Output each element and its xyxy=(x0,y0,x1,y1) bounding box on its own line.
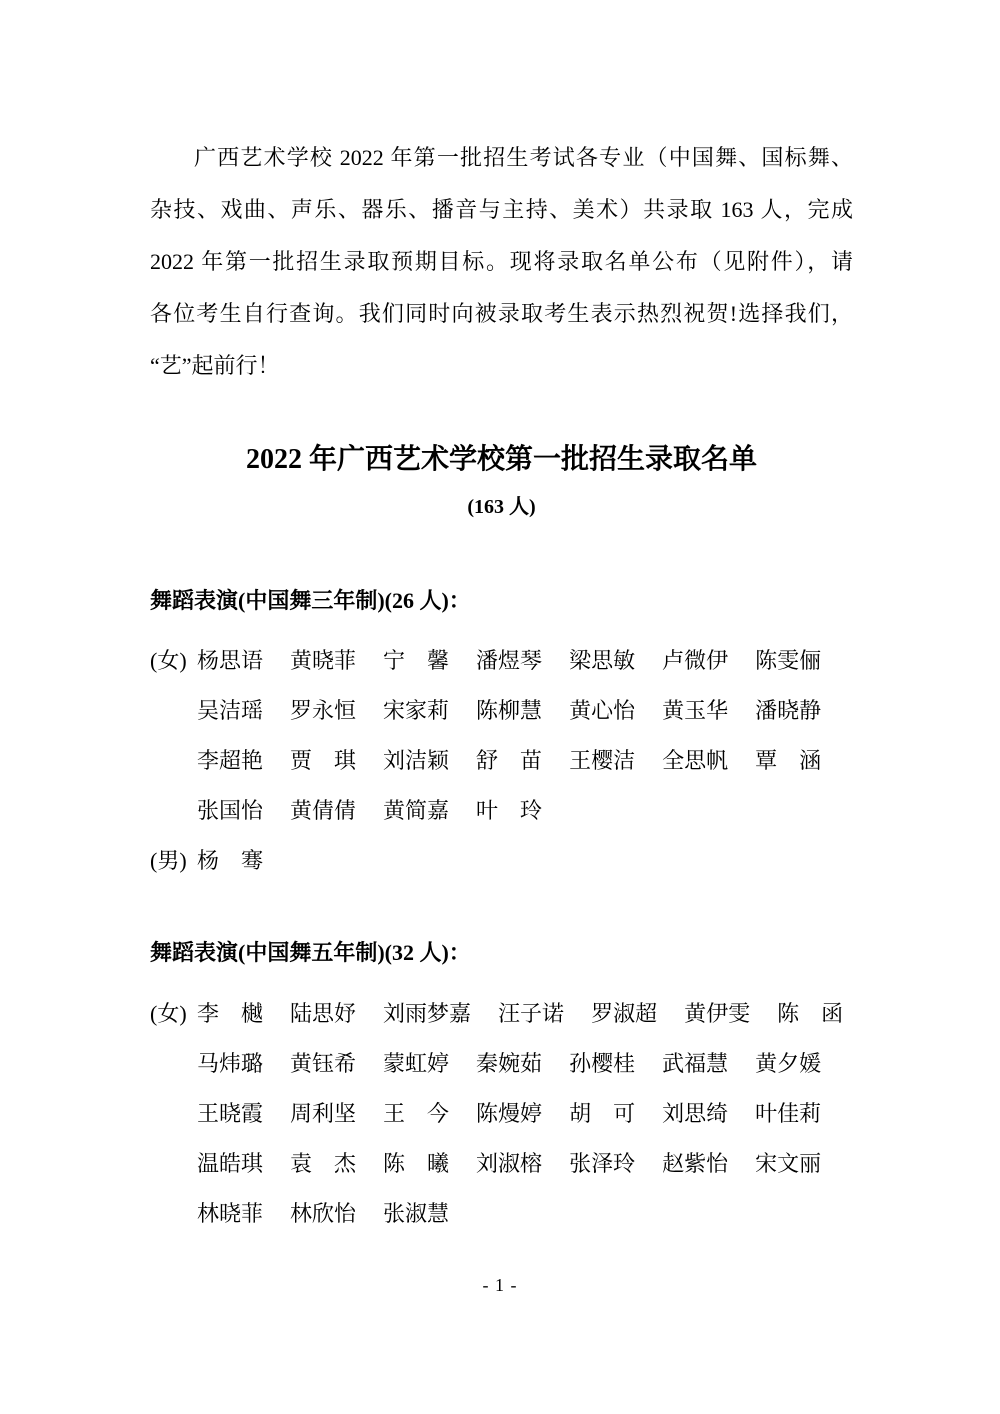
student-name: 赵紫怡 xyxy=(662,1139,728,1189)
student-name: 陆思妤 xyxy=(290,989,356,1039)
student-name: 陈熳婷 xyxy=(476,1089,542,1139)
student-name: 黄钰希 xyxy=(290,1039,356,1089)
student-name: 潘煜琴 xyxy=(476,636,542,686)
student-name: 叶佳莉 xyxy=(755,1089,821,1139)
student-name: 陈 曦 xyxy=(383,1139,449,1189)
intro-line: 2022 年第一批招生录取预期目标。现将录取名单公布（见附件），请 xyxy=(150,236,853,288)
student-name: 林晓菲 xyxy=(197,1189,263,1239)
name-row: (男)杨 骞 xyxy=(150,836,853,886)
student-name: 王 今 xyxy=(383,1089,449,1139)
student-name: 黄伊雯 xyxy=(684,989,750,1039)
student-name: 汪子诺 xyxy=(498,989,564,1039)
name-row: 吴洁瑶罗永恒宋家莉陈柳慧黄心怡黄玉华潘晓静 xyxy=(150,686,853,736)
student-name: 潘晓静 xyxy=(755,686,821,736)
student-name: 李超艳 xyxy=(197,736,263,786)
student-name: 全思帆 xyxy=(662,736,728,786)
student-name: 罗淑超 xyxy=(591,989,657,1039)
student-name: 周利坚 xyxy=(290,1089,356,1139)
name-row: 马炜璐黄钰希蒙虹婷秦婉茹孙樱桂武福慧黄夕媛 xyxy=(150,1039,853,1089)
name-list-five-year: (女)李 樾陆思妤刘雨梦嘉汪子诺罗淑超黄伊雯陈 函马炜璐黄钰希蒙虹婷秦婉茹孙樱桂… xyxy=(150,989,853,1239)
intro-line: “艺”起前行！ xyxy=(150,340,853,392)
student-name: 李 樾 xyxy=(197,989,263,1039)
student-name: 卢微伊 xyxy=(662,636,728,686)
student-name: 覃 涵 xyxy=(755,736,821,786)
student-name: 张淑慧 xyxy=(383,1189,449,1239)
gender-label: (女) xyxy=(150,989,197,1039)
student-name: 黄玉华 xyxy=(662,686,728,736)
student-name: 马炜璐 xyxy=(197,1039,263,1089)
student-name: 叶 玲 xyxy=(476,786,542,836)
student-name: 宁 馨 xyxy=(383,636,449,686)
student-name: 罗永恒 xyxy=(290,686,356,736)
student-name: 温皓琪 xyxy=(197,1139,263,1189)
student-name: 黄夕媛 xyxy=(755,1039,821,1089)
section-heading-five-year: 舞蹈表演(中国舞五年制)(32 人)： xyxy=(150,936,853,970)
student-name: 张国怡 xyxy=(197,786,263,836)
student-name: 梁思敏 xyxy=(569,636,635,686)
student-name: 刘雨梦嘉 xyxy=(383,989,471,1039)
student-name: 袁 杰 xyxy=(290,1139,356,1189)
student-name: 孙樱桂 xyxy=(569,1039,635,1089)
student-name: 秦婉茹 xyxy=(476,1039,542,1089)
student-name: 黄晓菲 xyxy=(290,636,356,686)
intro-line: 各位考生自行查询。我们同时向被录取考生表示热烈祝贺!选择我们， xyxy=(150,288,853,340)
name-list-three-year: (女)杨思语黄晓菲宁 馨潘煜琴梁思敏卢微伊陈雯俪吴洁瑶罗永恒宋家莉陈柳慧黄心怡黄… xyxy=(150,636,853,886)
student-name: 张泽玲 xyxy=(569,1139,635,1189)
intro-line: 广西艺术学校 2022 年第一批招生考试各专业（中国舞、国标舞、 xyxy=(150,132,853,184)
document-page: 广西艺术学校 2022 年第一批招生考试各专业（中国舞、国标舞、 杂技、戏曲、声… xyxy=(0,0,1000,1414)
intro-paragraph: 广西艺术学校 2022 年第一批招生考试各专业（中国舞、国标舞、 杂技、戏曲、声… xyxy=(150,132,853,392)
student-name: 刘淑榕 xyxy=(476,1139,542,1189)
student-name: 刘洁颖 xyxy=(383,736,449,786)
name-row: 李超艳贾 琪刘洁颖舒 苗王樱洁全思帆覃 涵 xyxy=(150,736,853,786)
intro-line: 杂技、戏曲、声乐、器乐、播音与主持、美术）共录取 163 人，完成 xyxy=(150,184,853,236)
gender-label: (女) xyxy=(150,636,197,686)
section-heading-three-year: 舞蹈表演(中国舞三年制)(26 人)： xyxy=(150,584,853,618)
student-name: 胡 可 xyxy=(569,1089,635,1139)
student-name: 舒 苗 xyxy=(476,736,542,786)
student-name: 陈柳慧 xyxy=(476,686,542,736)
student-name: 王晓霞 xyxy=(197,1089,263,1139)
total-count: (163 人) xyxy=(150,492,853,522)
name-row: (女)杨思语黄晓菲宁 馨潘煜琴梁思敏卢微伊陈雯俪 xyxy=(150,636,853,686)
student-name: 宋家莉 xyxy=(383,686,449,736)
gender-label: (男) xyxy=(150,836,197,886)
student-name: 蒙虹婷 xyxy=(383,1039,449,1089)
student-name: 林欣怡 xyxy=(290,1189,356,1239)
name-row: 温皓琪袁 杰陈 曦刘淑榕张泽玲赵紫怡宋文丽 xyxy=(150,1139,853,1189)
name-row: (女)李 樾陆思妤刘雨梦嘉汪子诺罗淑超黄伊雯陈 函 xyxy=(150,989,853,1039)
name-row: 张国怡黄倩倩黄简嘉叶 玲 xyxy=(150,786,853,836)
name-row: 林晓菲林欣怡张淑慧 xyxy=(150,1189,853,1239)
page-title: 2022 年广西艺术学校第一批招生录取名单 xyxy=(150,440,853,480)
student-name: 黄心怡 xyxy=(569,686,635,736)
student-name: 黄简嘉 xyxy=(383,786,449,836)
page-number: - 1 - xyxy=(0,1272,1000,1298)
student-name: 陈雯俪 xyxy=(755,636,821,686)
student-name: 杨思语 xyxy=(197,636,263,686)
student-name: 吴洁瑶 xyxy=(197,686,263,736)
student-name: 贾 琪 xyxy=(290,736,356,786)
name-row: 王晓霞周利坚王 今陈熳婷胡 可刘思绮叶佳莉 xyxy=(150,1089,853,1139)
student-name: 王樱洁 xyxy=(569,736,635,786)
student-name: 陈 函 xyxy=(777,989,843,1039)
student-name: 刘思绮 xyxy=(662,1089,728,1139)
student-name: 杨 骞 xyxy=(197,836,263,886)
student-name: 黄倩倩 xyxy=(290,786,356,836)
student-name: 宋文丽 xyxy=(755,1139,821,1189)
student-name: 武福慧 xyxy=(662,1039,728,1089)
